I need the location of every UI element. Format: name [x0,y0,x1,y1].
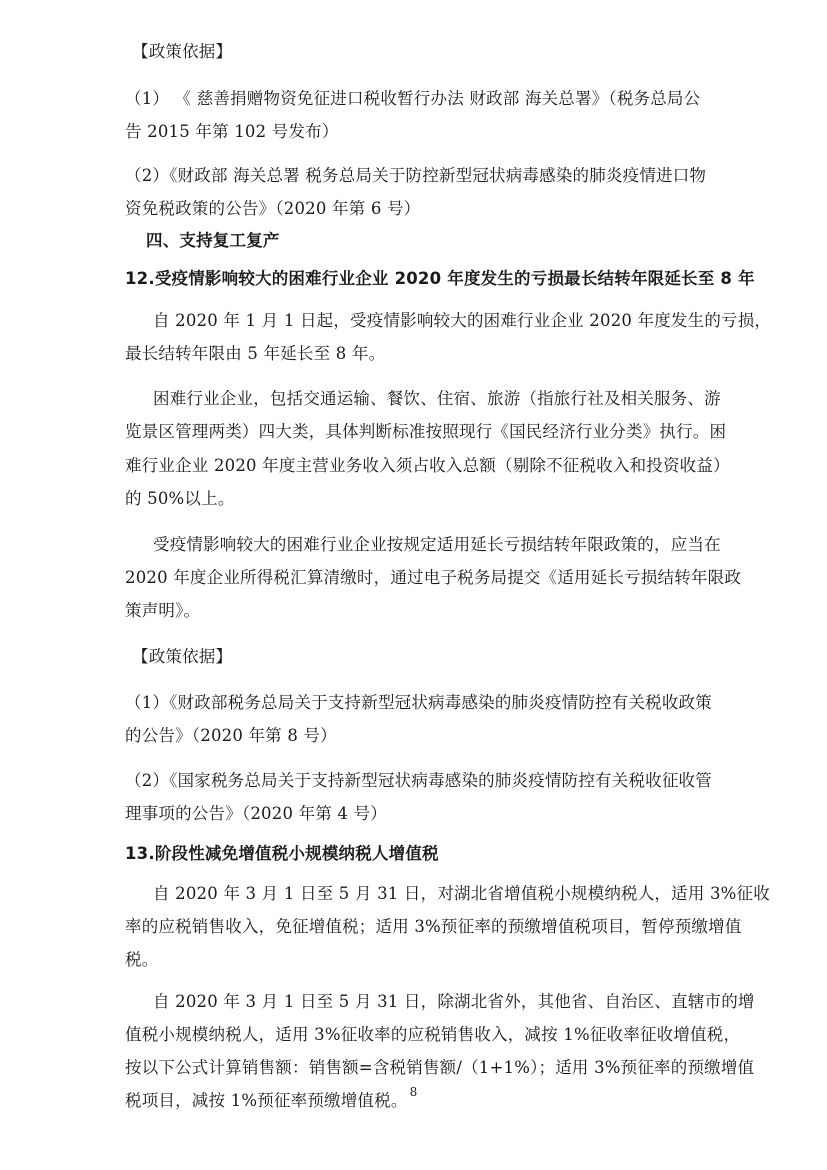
paragraph: 难行业企业 2020 年度主营业务收入须占收入总额（剔除不征税收入和投资收益） [125,455,730,477]
item-heading: 12.受疫情影响较大的困难行业企业 2020 年度发生的亏损最长结转年限延长至 … [125,268,755,290]
paragraph: 按以下公式计算销售额：销售额=含税销售额/（1+1%）；适用 3%预征率的预缴增… [125,1057,754,1079]
paragraph: 率的应税销售收入，免征增值税；适用 3%预征率的预缴增值税项目，暂停预缴增值 [125,916,742,938]
citation: 资免税政策的公告》（2020 年第 6 号） [125,198,420,220]
paragraph: 最长结转年限由 5 年延长至 8 年。 [125,343,385,365]
paragraph: 自 2020 年 3 月 1 日至 5 月 31 日，除湖北省外，其他省、自治区… [153,991,755,1013]
citation: 的公告》（2020 年第 8 号） [125,725,337,747]
citation: （1）《财政部税务总局关于支持新型冠状病毒感染的肺炎疫情防控有关税收政策 [125,692,712,714]
citation: （2）《财政部 海关总署 税务总局关于防控新型冠状病毒感染的肺炎疫情进口物 [125,165,706,187]
paragraph: 困难行业企业，包括交通运输、餐饮、住宿、旅游（指旅行社及相关服务、游 [153,388,721,410]
paragraph: 策声明》。 [125,600,200,622]
section-heading: 四、支持复工复产 [146,230,280,252]
citation: 理事项的公告》（2020 年第 4 号） [125,803,387,825]
citation: （1） 《 慈善捐赠物资免征进口税收暂行办法 财政部 海关总署》（税务总局公 [125,88,700,110]
paragraph: 2020 年度企业所得税汇算清缴时，通过电子税务局提交《适用延长亏损结转年限政 [125,567,741,589]
paragraph: 受疫情影响较大的困难行业企业按规定适用延长亏损结转年限政策的，应当在 [153,534,721,556]
paragraph: 税。 [125,949,158,971]
citation: （2）《国家税务总局关于支持新型冠状病毒感染的肺炎疫情防控有关税收征收管 [125,770,712,792]
paragraph: 自 2020 年 1 月 1 日起，受疫情影响较大的困难行业企业 2020 年度… [153,310,771,332]
paragraph: 自 2020 年 3 月 1 日至 5 月 31 日，对湖北省增值税小规模纳税人… [153,883,770,905]
item-heading: 13.阶段性减免增值税小规模纳税人增值税 [125,843,439,865]
policy-basis-label: 【政策依据】 [132,646,232,668]
document-page: 【政策依据】（1） 《 慈善捐赠物资免征进口税收暂行办法 财政部 海关总署》（税… [0,0,827,1170]
page-number: 8 [0,1085,827,1099]
paragraph: 览景区管理两类）四大类，具体判断标准按照现行《国民经济行业分类》执行。困 [125,421,726,443]
citation: 告 2015 年第 102 号发布） [125,121,339,143]
paragraph: 的 50%以上。 [125,488,235,510]
policy-basis-label: 【政策依据】 [132,41,232,63]
paragraph: 值税小规模纳税人，适用 3%征收率的应税销售收入，减按 1%征收率征收增值税， [125,1024,740,1046]
